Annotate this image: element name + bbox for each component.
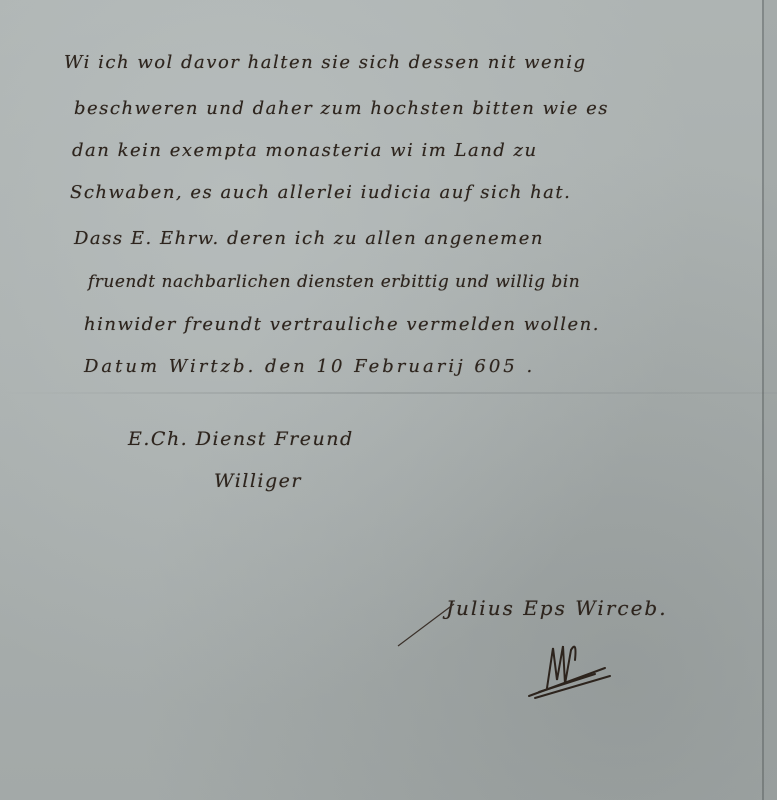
paper-fold-line xyxy=(0,392,777,394)
paper-sheet xyxy=(0,0,777,800)
body-line-1: Wi ich wol davor halten sie sich dessen … xyxy=(64,52,774,73)
body-line-8-date: Datum Wirtzb. den 10 Februarij 605 . xyxy=(84,356,535,377)
signature-text: Julius Eps Wirceb. xyxy=(446,596,668,620)
paper-edge xyxy=(762,0,764,800)
body-line-2: beschweren und daher zum hochsten bitten… xyxy=(74,98,609,119)
body-line-3: dan kein exempta monasteria wi im Land z… xyxy=(72,140,538,161)
signature-flourish-icon xyxy=(525,640,620,700)
signature-lead-stroke-icon xyxy=(396,600,456,650)
body-line-7: hinwider freundt vertrauliche vermelden … xyxy=(84,314,600,335)
body-line-6: fruendt nachbarlichen diensten erbittig … xyxy=(88,272,580,292)
closing-line-1: E.Ch. Dienst Freund xyxy=(128,428,354,450)
body-line-5: Dass E. Ehrw. deren ich zu allen angenem… xyxy=(74,228,544,249)
paper-edge-shadow xyxy=(764,0,777,800)
closing-line-2: Williger xyxy=(214,470,302,492)
body-line-4: Schwaben, es auch allerlei iudicia auf s… xyxy=(70,182,571,203)
